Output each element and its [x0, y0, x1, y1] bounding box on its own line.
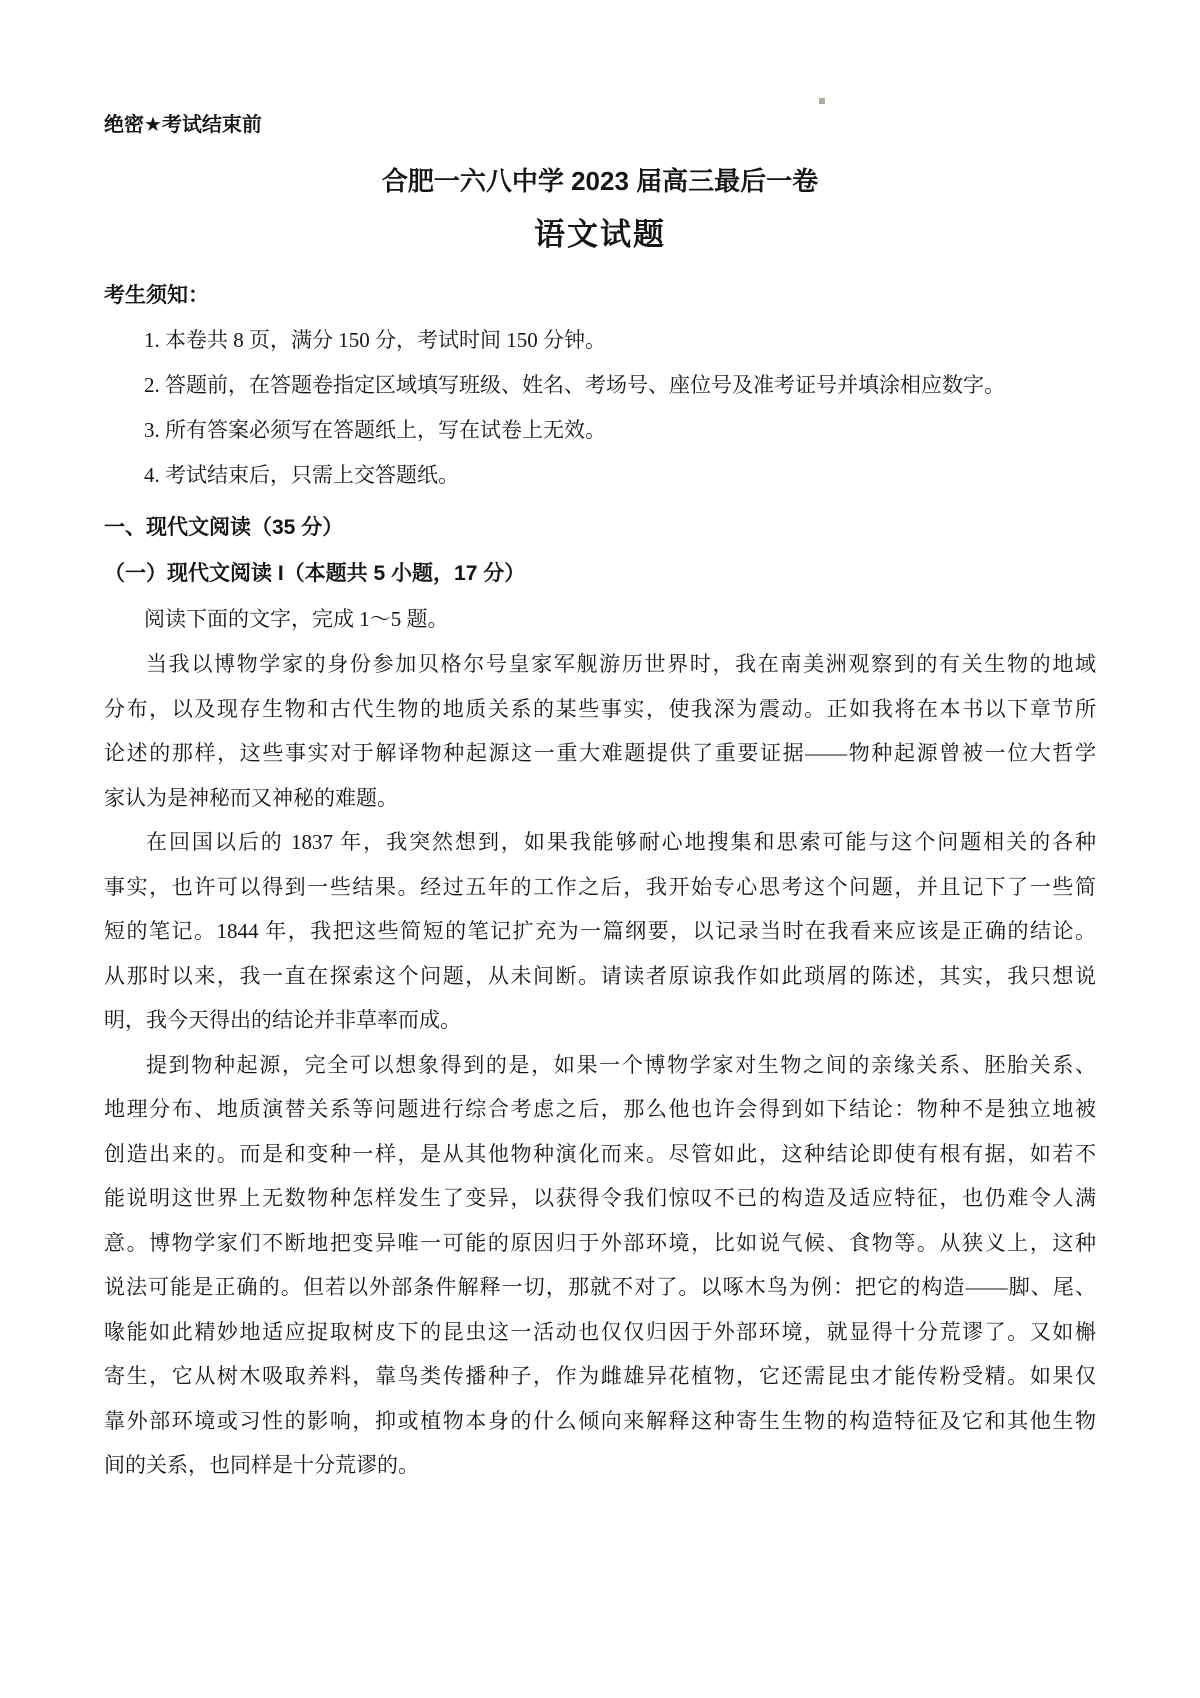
passage-line: 从那时以来，我一直在探索这个问题，从未间断。请读者原谅我作如此琐屑的陈述，其实，… [104, 954, 1096, 999]
passage-line: 提到物种起源，完全可以想象得到的是，如果一个博物学家对生物之间的亲缘关系、胚胎关… [104, 1043, 1096, 1088]
passage-line: 寄生，它从树木吸取养料，靠鸟类传播种子，作为雌雄异花植物，它还需昆虫才能传粉受精… [104, 1354, 1096, 1399]
passage-paragraph-1: 当我以博物学家的身份参加贝格尔号皇家军舰游历世界时，我在南美洲观察到的有关生物的… [104, 642, 1096, 820]
passage-line: 事实，也许可以得到一些结果。经过五年的工作之后，我开始专心思考这个问题，并且记下… [104, 865, 1096, 910]
exam-paper-page: 绝密★考试结束前 合肥一六八中学 2023 届高三最后一卷 语文试题 考生须知：… [0, 0, 1200, 1698]
passage-line: 分布，以及现存生物和古代生物的地质关系的某些事实，使我深为震动。正如我将在本书以… [104, 687, 1096, 732]
notice-item: 1. 本卷共 8 页，满分 150 分，考试时间 150 分钟。 [104, 318, 1096, 363]
notice-item: 3. 所有答案必须写在答题纸上，写在试卷上无效。 [104, 408, 1096, 453]
classification-label: 绝密★考试结束前 [104, 112, 1096, 138]
reading-instruction: 阅读下面的文字，完成 1～5 题。 [104, 605, 1096, 633]
passage: 当我以博物学家的身份参加贝格尔号皇家军舰游历世界时，我在南美洲观察到的有关生物的… [104, 642, 1096, 1488]
notice-item: 4. 考试结束后，只需上交答题纸。 [104, 453, 1096, 498]
scan-artifact-dot [819, 98, 825, 104]
notice-item: 2. 答题前，在答题卷指定区域填写班级、姓名、考场号、座位号及准考证号并填涂相应… [104, 363, 1096, 408]
passage-line: 地理分布、地质演替关系等问题进行综合考虑之后，那么他也许会得到如下结论：物种不是… [104, 1087, 1096, 1132]
exam-title: 合肥一六八中学 2023 届高三最后一卷 [104, 164, 1096, 198]
passage-line: 创造出来的。而是和变种一样，是从其他物种演化而来。尽管如此，这种结论即使有根有据… [104, 1132, 1096, 1177]
section-heading-modern-reading: 一、现代文阅读（35 分） [104, 514, 1096, 542]
notice-heading: 考生须知： [104, 282, 1096, 310]
passage-line: 明，我今天得出的结论并非草率而成。 [104, 998, 1096, 1043]
subsection-heading-modern-reading-1: （一）现代文阅读 I（本题共 5 小题，17 分） [104, 560, 1096, 588]
passage-paragraph-2: 在回国以后的 1837 年，我突然想到，如果我能够耐心地搜集和思索可能与这个问题… [104, 820, 1096, 1043]
passage-line: 短的笔记。1844 年，我把这些简短的笔记扩充为一篇纲要，以记录当时在我看来应该… [104, 909, 1096, 954]
passage-line: 当我以博物学家的身份参加贝格尔号皇家军舰游历世界时，我在南美洲观察到的有关生物的… [104, 642, 1096, 687]
passage-line: 间的关系，也同样是十分荒谬的。 [104, 1443, 1096, 1488]
notice-list: 1. 本卷共 8 页，满分 150 分，考试时间 150 分钟。2. 答题前，在… [104, 318, 1096, 498]
paper-subject-title: 语文试题 [104, 216, 1096, 254]
passage-line: 喙能如此精妙地适应捉取树皮下的昆虫这一活动也仅仅归因于外部环境，就显得十分荒谬了… [104, 1310, 1096, 1355]
passage-line: 论述的那样，这些事实对于解译物种起源这一重大难题提供了重要证据——物种起源曾被一… [104, 731, 1096, 776]
passage-line: 说法可能是正确的。但若以外部条件解释一切，那就不对了。以啄木鸟为例：把它的构造—… [104, 1265, 1096, 1310]
passage-line: 靠外部环境或习性的影响，抑或植物本身的什么倾向来解释这种寄生生物的构造特征及它和… [104, 1399, 1096, 1444]
passage-paragraph-3: 提到物种起源，完全可以想象得到的是，如果一个博物学家对生物之间的亲缘关系、胚胎关… [104, 1043, 1096, 1488]
passage-line: 家认为是神秘而又神秘的难题。 [104, 776, 1096, 821]
passage-line: 能说明这世界上无数物种怎样发生了变异，以获得令我们惊叹不已的构造及适应特征，也仍… [104, 1176, 1096, 1221]
passage-line: 在回国以后的 1837 年，我突然想到，如果我能够耐心地搜集和思索可能与这个问题… [104, 820, 1096, 865]
passage-line: 意。博物学家们不断地把变异唯一可能的原因归于外部环境，比如说气候、食物等。从狭义… [104, 1221, 1096, 1266]
